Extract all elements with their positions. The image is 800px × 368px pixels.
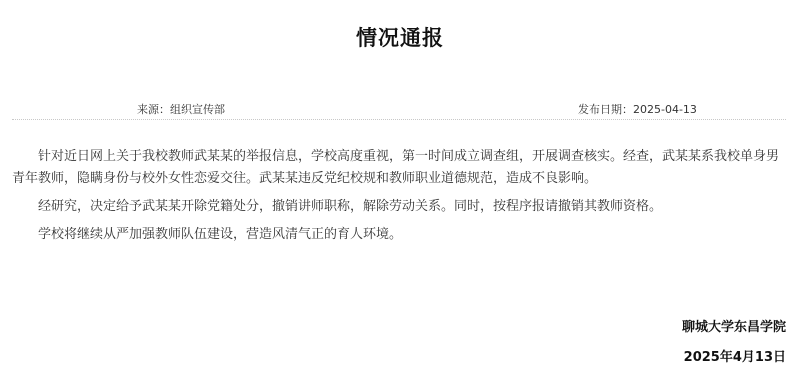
- paragraph-1: 针对近日网上关于我校教师武某某的举报信息，学校高度重视，第一时间成立调查组，开展…: [12, 146, 788, 190]
- dotted-divider: [12, 119, 786, 120]
- paragraph-3: 学校将继续从严加强教师队伍建设，营造风清气正的育人环境。: [12, 224, 788, 246]
- article-body: 针对近日网上关于我校教师武某某的举报信息，学校高度重视，第一时间成立调查组，开展…: [12, 146, 788, 252]
- page-title: 情况通报: [0, 22, 800, 52]
- article-source: 来源：组织宣传部: [137, 101, 225, 117]
- signature-organization: 聊城大学东昌学院: [682, 316, 786, 335]
- signature-date: 2025年4月13日: [684, 346, 786, 365]
- notice-page: 情况通报 来源：组织宣传部 发布日期：2025-04-13 针对近日网上关于我校…: [0, 0, 800, 368]
- publish-date: 发布日期：2025-04-13: [578, 101, 697, 117]
- paragraph-2: 经研究，决定给予武某某开除党籍处分，撤销讲师职称，解除劳动关系。同时，按程序报请…: [12, 196, 788, 218]
